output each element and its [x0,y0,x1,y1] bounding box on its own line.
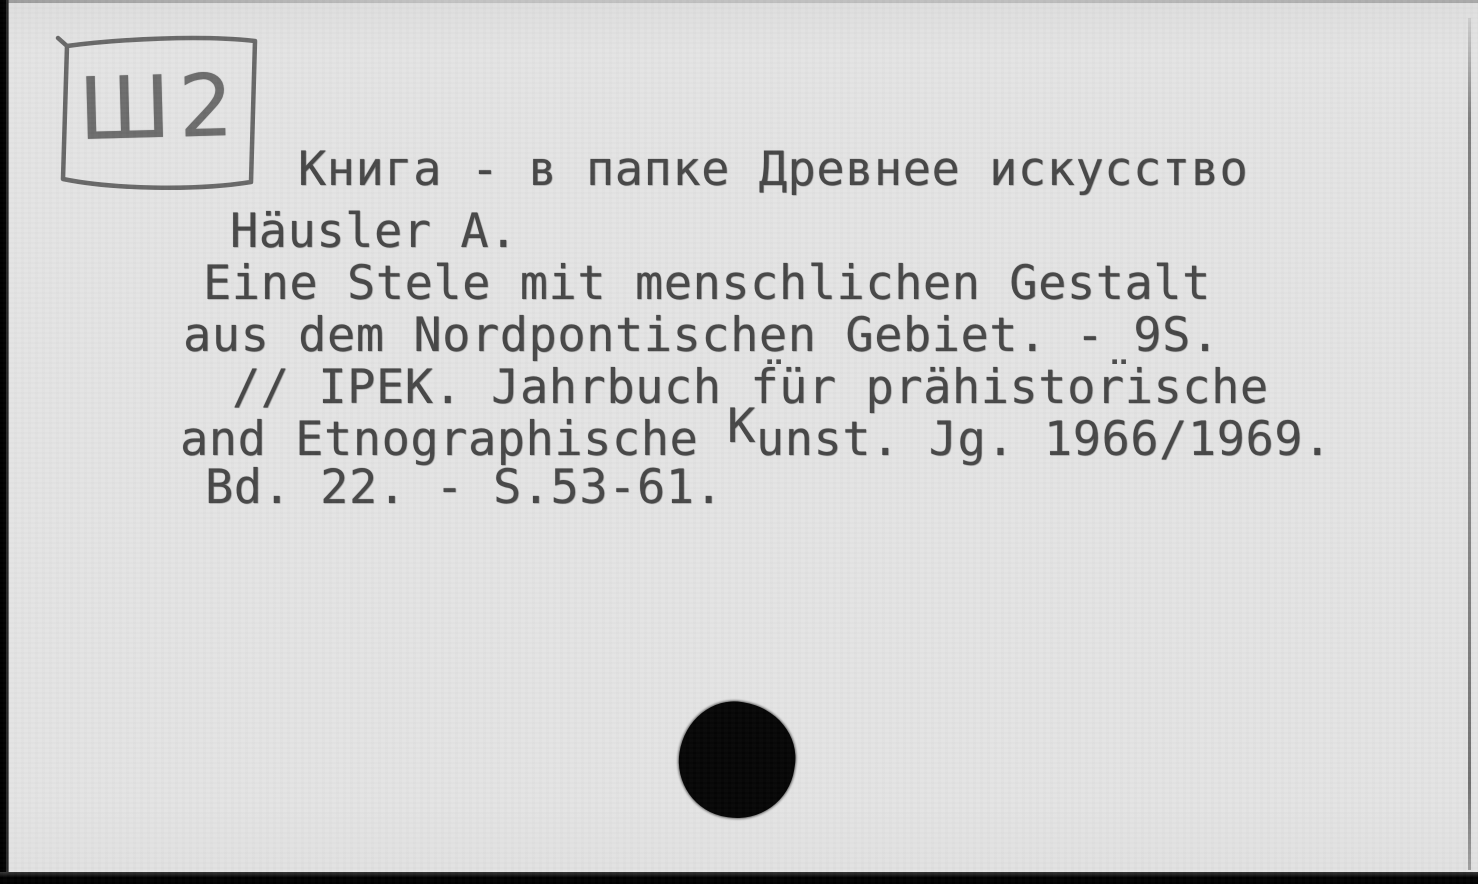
title-line-2: aus dem Nordpontischen Gebiet. - 9S. [183,308,1220,364]
source-line-2-suffix: unst. Jg. 1966/1969. [756,412,1332,467]
pages-line: Bd. 22. - S.53-61. [205,460,723,516]
punch-hole-dot [671,694,804,827]
scan-edge-bottom [0,872,1478,884]
source-line-2-superscript-k: K [727,399,756,455]
catalog-note-line: Книга - в папке Древнее искусство [298,142,1248,198]
author-line: Häusler A. [230,204,518,260]
shelfmark-label: Ш2 [48,35,272,181]
card-right-edge-line [1468,18,1471,870]
title-line-1: Eine Stele mit menschlichen Gestalt [203,256,1211,312]
shelfmark-stamp-box: Ш2 [50,32,270,196]
scanned-catalog-card: Ш2 Книга - в папке Древнее искусство Häu… [0,0,1478,884]
source-line-2-prefix: and Etnographische [180,412,727,467]
scan-edge-top [0,0,1478,3]
scan-edge-left [0,0,9,884]
